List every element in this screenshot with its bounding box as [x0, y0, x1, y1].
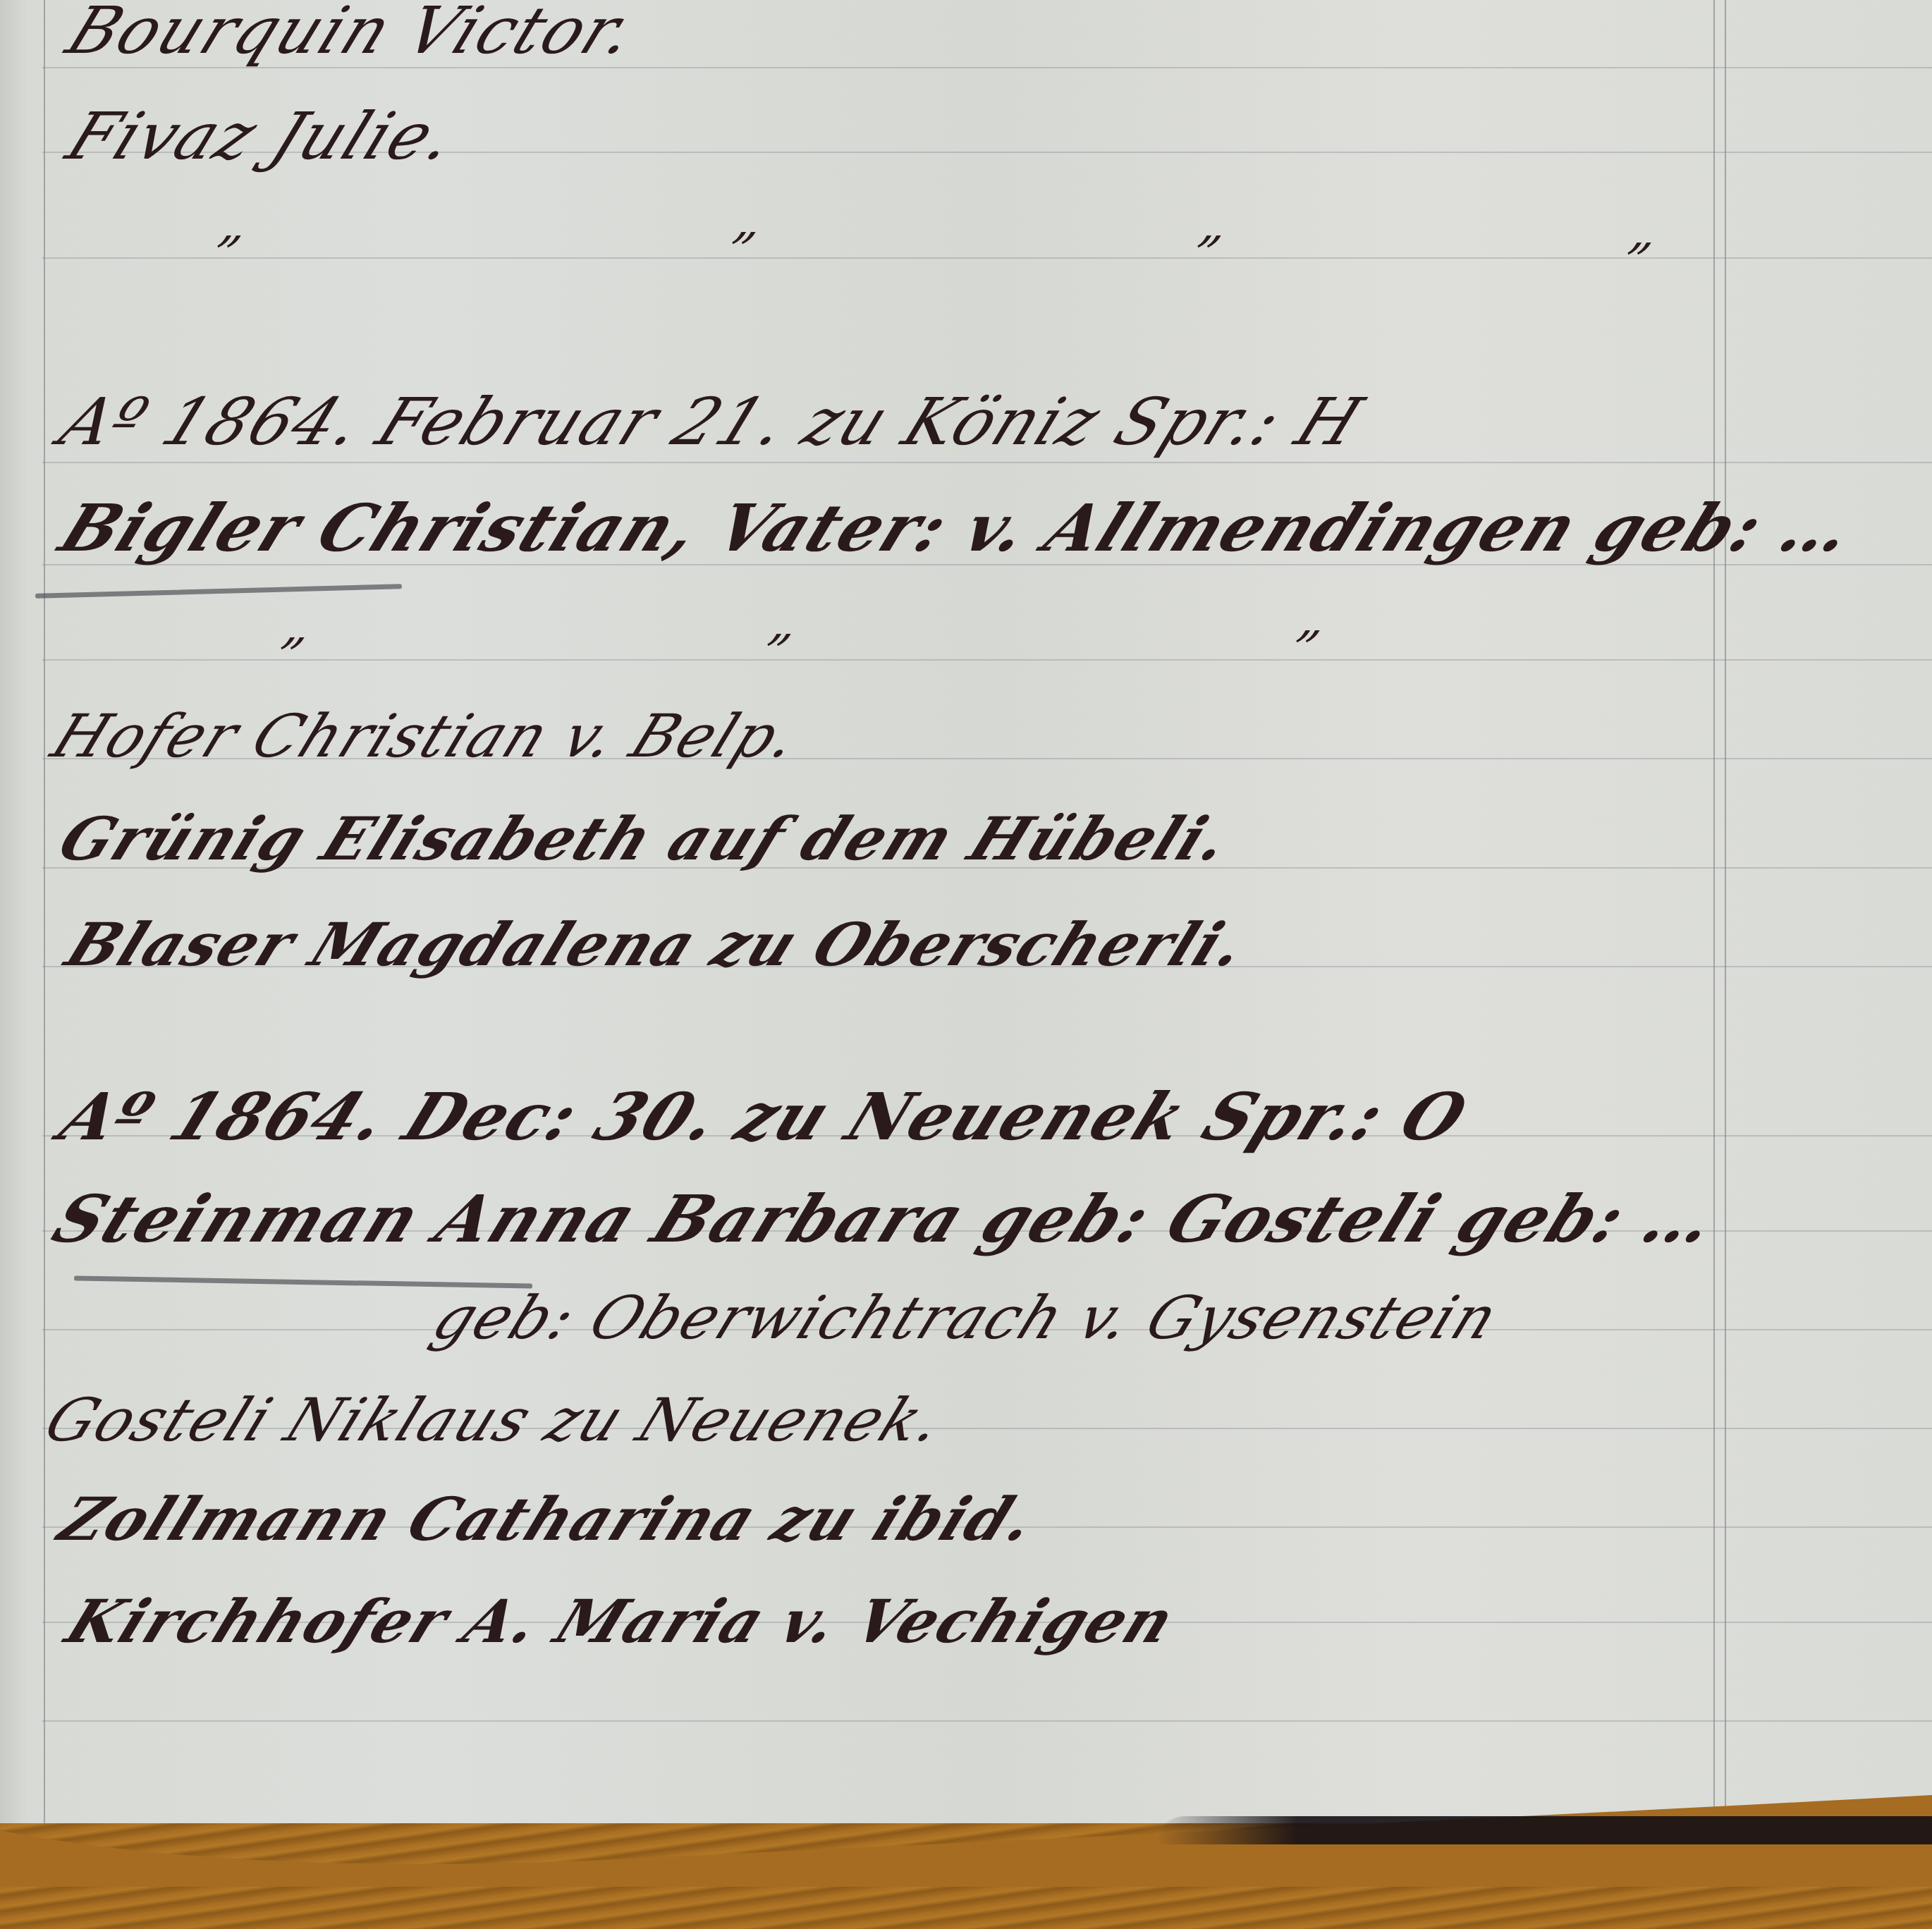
- register-page: Bourquin Victor. Fivaz Julie. ” ” ” ” Aº…: [0, 0, 1932, 1929]
- ditto-mark: ”: [264, 627, 311, 685]
- entry-1-witness-2: Grünig Elisabeth auf dem Hübeli.: [49, 804, 1241, 874]
- entry-2-witness-3: Kirchhofer A. Maria v. Vechigen: [56, 1586, 1186, 1656]
- entry-2-name-line: Steinman Anna Barbara geb: Gosteli geb: …: [42, 1181, 1728, 1257]
- entry-1-date-line: Aº 1864. Februar 21. zu Köniz Spr.: H: [49, 384, 1374, 460]
- column-rule-right: [1725, 0, 1726, 1861]
- ditto-mark: ”: [201, 226, 247, 283]
- entry-1-name-line: Bigler Christian, Vater: v. Allmendingen…: [49, 490, 1865, 566]
- ruled-line: [42, 462, 1932, 463]
- book-shadow: [1156, 1816, 1932, 1844]
- entry-1-surname-underline: [35, 584, 402, 599]
- ditto-mark: ”: [716, 222, 762, 280]
- entry-2-sub-line: geb: Oberwichtrach v. Gysenstein: [423, 1283, 1509, 1352]
- entry-2-witness-2: Zollmann Catharina zu ibid.: [49, 1484, 1047, 1554]
- column-rule-left: [1713, 0, 1715, 1861]
- ditto-mark: ”: [1280, 620, 1326, 678]
- previous-entry-line-1: Bourquin Victor.: [56, 0, 648, 68]
- ruled-line: [42, 257, 1932, 259]
- ditto-mark: ”: [751, 624, 797, 682]
- ruled-line: [42, 659, 1932, 661]
- ditto-mark: ”: [1181, 226, 1228, 283]
- ruled-line: [42, 1720, 1932, 1722]
- entry-2-witness-1: Gosteli Niklaus zu Neuenek.: [35, 1385, 955, 1455]
- entry-2-date-line: Aº 1864. Dec: 30. zu Neuenek Spr.: O: [49, 1079, 1479, 1155]
- ditto-mark: ”: [1611, 233, 1658, 290]
- entry-1-witness-1: Hofer Christian v. Belp.: [42, 702, 810, 771]
- left-margin-rule: [44, 0, 45, 1861]
- previous-entry-line-2: Fivaz Julie.: [56, 99, 468, 174]
- entry-1-witness-3: Blaser Magdalena zu Oberscherli.: [56, 910, 1257, 979]
